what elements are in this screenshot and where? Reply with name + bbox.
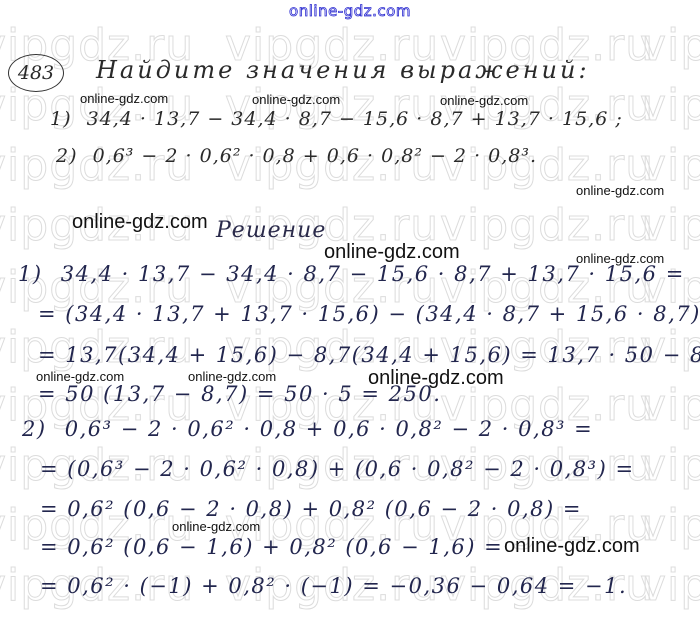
site-header: online-gdz.com <box>0 2 700 20</box>
solution-part1-label: 1) <box>18 262 43 286</box>
task-item-label: 1) <box>50 108 72 130</box>
watermark-stamp: online-gdz.com <box>504 535 640 558</box>
task-title: Найдите значения выражений: <box>96 56 590 84</box>
task-item-2: 2) 0,6³ − 2 · 0,6² · 0,8 + 0,6 · 0,8² − … <box>56 145 537 167</box>
task-item-label: 2) <box>56 145 78 167</box>
watermark: vipgdz.ru <box>640 20 700 71</box>
watermark-stamp: online-gdz.com <box>440 93 528 108</box>
watermark-stamp: online-gdz.com <box>188 369 276 384</box>
solution-line: = 13,7(34,4 + 15,6) − 8,7(34,4 + 15,6) =… <box>38 343 700 367</box>
watermark: vipgdz.ru <box>640 440 700 491</box>
watermark: vipgdz.ru <box>640 500 700 551</box>
watermark: vipgdz.ru <box>640 80 700 131</box>
solution-line: 0,6³ − 2 · 0,6² · 0,8 + 0,6 · 0,8² − 2 ·… <box>65 417 594 441</box>
watermark-stamp: online-gdz.com <box>368 367 504 390</box>
watermark: vipgdz.ru <box>640 560 700 611</box>
watermark-stamp: online-gdz.com <box>36 369 124 384</box>
solution-part2-label: 2) <box>22 417 47 441</box>
watermark-stamp: online-gdz.com <box>72 211 208 234</box>
watermark-stamp: online-gdz.com <box>80 91 168 106</box>
watermark-stamp: online-gdz.com <box>252 92 340 107</box>
solution-line: = (0,6³ − 2 · 0,6² · 0,8) + (0,6 · 0,8² … <box>40 457 635 481</box>
task-item-1: 1) 34,4 · 13,7 − 34,4 · 8,7 − 15,6 · 8,7… <box>50 108 623 130</box>
solution-line: = (34,4 · 13,7 + 13,7 · 15,6) − (34,4 · … <box>38 302 700 326</box>
watermark-stamp: online-gdz.com <box>324 241 460 264</box>
watermark: vipgdz.ru <box>640 200 700 251</box>
task-item-expr: 34,4 · 13,7 − 34,4 · 8,7 − 15,6 · 8,7 + … <box>87 108 623 130</box>
solution-heading: Решение <box>216 218 326 243</box>
task-item-expr: 0,6³ − 2 · 0,6² · 0,8 + 0,6 · 0,8² − 2 ·… <box>93 145 537 167</box>
solution-line: = 0,6² (0,6 − 2 · 0,8) + 0,8² (0,6 − 2 ·… <box>40 497 582 521</box>
solution-page: vipgdz.ru vipgdz.ru vipgdz.ru vipgdz.ru … <box>0 0 700 624</box>
task-number: 483 <box>8 54 64 92</box>
solution-line: = 0,6² · (−1) + 0,8² · (−1) = −0,36 − 0,… <box>40 574 627 598</box>
solution-part2-line1: 2) 0,6³ − 2 · 0,6² · 0,8 + 0,6 · 0,8² − … <box>22 417 593 441</box>
watermark: vipgdz.ru <box>640 380 700 431</box>
watermark-stamp: online-gdz.com <box>576 251 664 266</box>
watermark-stamp: online-gdz.com <box>576 183 664 198</box>
watermark-stamp: online-gdz.com <box>172 519 260 534</box>
solution-line: = 0,6² (0,6 − 1,6) + 0,8² (0,6 − 1,6) = <box>40 535 503 559</box>
watermark: vipgdz.ru <box>440 200 654 251</box>
